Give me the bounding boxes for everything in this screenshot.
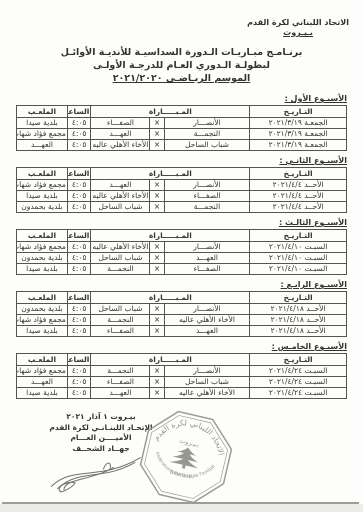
table-row: السبـت ٢٠٢١/٤/١٠ الأنصـــار × الأخاء الأ… <box>17 242 347 253</box>
date-cell: الأحــد ٢٠٢١/٤/٤ <box>250 191 347 202</box>
date-cell: الجمعـة ٢٠٢١/٣/١٩ <box>250 129 347 140</box>
stamp-city-arabic: بـيـروت <box>179 436 200 448</box>
table-row: الأحــد ٢٠٢١/٤/١٨ العهـــد × الصفـــاء ٤… <box>17 326 347 337</box>
vs-cell: × <box>150 242 164 253</box>
document-footer: بيـروت ١ آذار ٢٠٢١ الإتحـاد اللبنـانـي ل… <box>0 408 363 508</box>
venue-header: الملعـب <box>17 230 68 242</box>
home-team-cell: الأنصـــار <box>164 118 250 129</box>
week-label: الأسبـوع الخامـس : <box>15 342 347 351</box>
venue-cell: بلدية صيدا <box>17 388 68 399</box>
venue-cell: بلدية صيدا <box>17 118 68 129</box>
away-team-cell: النجمـــة <box>91 264 150 275</box>
home-team-cell: العهـــد <box>164 326 250 337</box>
away-team-cell: الصفـــاء <box>91 118 150 129</box>
vs-cell: × <box>150 191 164 202</box>
schedule-table-week-3: التـاريـخ المـبـــــاراة الساعة الملعـب … <box>16 229 347 275</box>
venue-header: الملعـب <box>17 292 68 304</box>
away-team-cell: شباب الساحل <box>91 304 150 315</box>
vs-cell: × <box>150 140 164 151</box>
vs-cell: × <box>150 326 164 337</box>
table-header-row: التـاريـخ المـبـــــاراة الساعة الملعـب <box>17 230 347 242</box>
week-label: الأسبـوع الثالـث : <box>15 218 347 227</box>
date-cell: الأحــد ٢٠٢١/٤/١٨ <box>250 315 347 326</box>
table-row: السبـت ٢٠٢١/٤/٢٤ الأنصـــار × النجمـــة … <box>17 366 347 377</box>
date-header: التـاريـخ <box>250 230 347 242</box>
table-row: الجمعـة ٢٠٢١/٣/١٩ النجمـــة × العهـــد ٤… <box>17 129 347 140</box>
table-row: السبـت ٢٠٢١/٤/١٠ العهـــد × شباب الساحل … <box>17 253 347 264</box>
home-team-cell: شباب الساحل <box>164 377 250 388</box>
time-cell: ٤:٠٥ <box>67 304 90 315</box>
week-section-4: الأسبـوع الرابـع : التـاريـخ المـبـــــا… <box>15 280 348 337</box>
away-team-cell: الصفـــاء <box>91 377 150 388</box>
week-section-2: الأسبـوع الثانـي : التـاريـخ المـبـــــا… <box>15 156 348 213</box>
date-cell: السبـت ٢٠٢١/٤/١٠ <box>250 242 347 253</box>
schedule-table-week-4: التـاريـخ المـبـــــاراة الساعة الملعـب … <box>16 291 347 337</box>
stamp-arabic-text: الاتحاد اللبناني لكرة القدم <box>151 411 232 458</box>
signature-icon <box>42 449 150 497</box>
table-row: السبـت ٢٠٢١/٤/٢٤ الأخاء الأهلي عاليه × ا… <box>17 388 347 399</box>
venue-cell: مجمع فؤاد شهاب <box>17 242 68 253</box>
venue-cell: بلدية بحمدون <box>17 202 68 213</box>
schedule-table-week-2: التـاريـخ المـبـــــاراة الساعة الملعـب … <box>16 167 347 213</box>
vs-cell: × <box>150 377 164 388</box>
time-cell: ٤:٠٥ <box>67 202 90 213</box>
home-team-cell: الأنصـــار <box>164 242 250 253</box>
home-team-cell: الصفـــاء <box>164 191 250 202</box>
date-cell: السبـت ٢٠٢١/٤/٢٤ <box>250 377 347 388</box>
date-cell: الأحــد ٢٠٢١/٤/٤ <box>250 180 347 191</box>
time-cell: ٤:٠٥ <box>67 377 90 388</box>
venue-header: الملعـب <box>17 106 68 118</box>
time-header: الساعة <box>67 292 90 304</box>
time-header: الساعة <box>67 230 90 242</box>
venue-cell: مجمع فؤاد شهاب <box>17 129 68 140</box>
away-team-cell: العهـــد <box>91 180 150 191</box>
date-cell: الأحــد ٢٠٢١/٤/٤ <box>250 202 347 213</box>
title-line-1: برنـامـج مبـاريـات الـدورة السداسيـة للأ… <box>0 46 363 59</box>
date-cell: السبـت ٢٠٢١/٤/٢٤ <box>250 366 347 377</box>
time-cell: ٤:٠٥ <box>67 118 90 129</box>
table-row: الأحــد ٢٠٢١/٤/٤ الصفـــاء × الأخاء الأه… <box>17 191 347 202</box>
away-team-cell: الصفـــاء <box>91 326 150 337</box>
home-team-cell: النجمـــة <box>164 129 250 140</box>
schedule-table-week-1: التـاريـخ المـبـــــاراة الساعة الملعـب … <box>16 105 347 151</box>
vs-cell: × <box>150 180 164 191</box>
venue-cell: مجمع فؤاد شهاب <box>17 180 68 191</box>
date-cell: الجمعـة ٢٠٢١/٣/١٩ <box>250 118 347 129</box>
venue-cell: بلدية بحمدون <box>17 304 68 315</box>
table-header-row: التـاريـخ المـبـــــاراة الساعة الملعـب <box>17 354 347 366</box>
home-team-cell: الأنصـــار <box>164 366 250 377</box>
home-team-cell: النجمـــة <box>164 202 250 213</box>
away-team-cell: الأخاء الأهلي عاليه <box>91 191 150 202</box>
svg-text:الاتحاد اللبناني لكرة القدم: الاتحاد اللبناني لكرة القدم <box>151 411 232 458</box>
schedule-table-week-5: التـاريـخ المـبـــــاراة الساعة الملعـب … <box>16 353 347 399</box>
venue-cell: بلدية صيدا <box>17 264 68 275</box>
venue-cell: مجمع فؤاد شهاب <box>17 315 68 326</box>
time-cell: ٤:٠٥ <box>67 388 90 399</box>
match-header: المـبـــــاراة <box>91 292 250 304</box>
org-header: الاتحاد اللبناني لكرة القدم بـيـروت <box>0 0 363 39</box>
week-section-5: الأسبـوع الخامـس : التـاريـخ المـبـــــا… <box>15 342 348 399</box>
date-cell: السبـت ٢٠٢١/٤/٢٤ <box>250 388 347 399</box>
time-cell: ٤:٠٥ <box>67 264 90 275</box>
table-header-row: التـاريـخ المـبـــــاراة الساعة الملعـب <box>17 292 347 304</box>
table-row: الأحــد ٢٠٢١/٤/٤ النجمـــة × شباب الساحل… <box>17 202 347 213</box>
venue-cell: بلدية صيدا <box>17 326 68 337</box>
home-team-cell: الأخاء الأهلي عاليه <box>164 388 250 399</box>
away-team-cell: الأخاء الأهلي عاليه <box>91 140 150 151</box>
title-season: الموسم الريـاضـي ٢٠٢١/٢٠٢٠ <box>0 72 363 85</box>
vs-cell: × <box>150 253 164 264</box>
vs-cell: × <box>150 366 164 377</box>
time-header: الساعة <box>67 106 90 118</box>
scan-edge-strip <box>0 504 363 512</box>
time-header: الساعة <box>67 168 90 180</box>
schedule-weeks: الأسبـوع الأول : التـاريـخ المـبـــــارا… <box>0 85 363 399</box>
venue-cell: العهـــد <box>17 377 68 388</box>
time-cell: ٤:٠٥ <box>67 180 90 191</box>
home-team-cell: الأنصـــار <box>164 180 250 191</box>
match-header: المـبـــــاراة <box>91 168 250 180</box>
week-label: الأسبـوع الثانـي : <box>15 156 347 165</box>
away-team-cell: العهـــد <box>91 388 150 399</box>
home-team-cell: الأنصـــار <box>164 304 250 315</box>
date-cell: السبـت ٢٠٢١/٤/١٠ <box>250 264 347 275</box>
venue-cell: العهـــد <box>17 140 68 151</box>
match-header: المـبـــــاراة <box>91 230 250 242</box>
vs-cell: × <box>150 388 164 399</box>
home-team-cell: الصفـــاء <box>164 264 250 275</box>
home-team-cell: الأخاء الأهلي عاليه <box>164 315 250 326</box>
match-header: المـبـــــاراة <box>91 354 250 366</box>
away-team-cell: النجمـــة <box>91 366 150 377</box>
vs-cell: × <box>150 304 164 315</box>
federation-stamp: الاتحاد اللبناني لكرة القدم بـيـروت Beyr… <box>137 408 235 506</box>
time-cell: ٤:٠٥ <box>67 326 90 337</box>
org-name: الاتحاد اللبناني لكرة القدم <box>247 18 349 27</box>
venue-header: الملعـب <box>17 168 68 180</box>
away-team-cell: شباب الساحل <box>91 202 150 213</box>
vs-cell: × <box>150 118 164 129</box>
time-cell: ٤:٠٥ <box>67 315 90 326</box>
table-row: الأحــد ٢٠٢١/٤/١٨ الأنصـــار × شباب السا… <box>17 304 347 315</box>
date-header: التـاريـخ <box>250 292 347 304</box>
table-row: الجمعـة ٢٠٢١/٣/١٩ الأنصـــار × الصفـــاء… <box>17 118 347 129</box>
time-cell: ٤:٠٥ <box>67 253 90 264</box>
vs-cell: × <box>150 315 164 326</box>
vs-cell: × <box>150 202 164 213</box>
venue-cell: مجمع فؤاد شهاب <box>17 366 68 377</box>
vs-cell: × <box>150 264 164 275</box>
date-header: التـاريـخ <box>250 106 347 118</box>
week-label: الأسبـوع الرابـع : <box>15 280 347 289</box>
table-row: الجمعـة ٢٠٢١/٣/١٩ شباب الساحل × الأخاء ا… <box>17 140 347 151</box>
away-team-cell: النجمـــة <box>91 315 150 326</box>
time-cell: ٤:٠٥ <box>67 129 90 140</box>
time-header: الساعة <box>67 354 90 366</box>
table-row: الأحــد ٢٠٢١/٤/١٨ الأخاء الأهلي عاليه × … <box>17 315 347 326</box>
title-line-2: لبطولـة الـدوري العـام للدرجـة الأولـى <box>0 59 363 72</box>
week-section-1: الأسبـوع الأول : التـاريـخ المـبـــــارا… <box>15 94 348 151</box>
venue-cell: بلدية بحمدون <box>17 253 68 264</box>
home-team-cell: العهـــد <box>164 253 250 264</box>
time-cell: ٤:٠٥ <box>67 191 90 202</box>
time-cell: ٤:٠٥ <box>67 366 90 377</box>
document-title: برنـامـج مبـاريـات الـدورة السداسيـة للأ… <box>0 46 363 85</box>
document-page: الاتحاد اللبناني لكرة القدم بـيـروت برنـ… <box>0 0 363 512</box>
home-team-cell: شباب الساحل <box>164 140 250 151</box>
table-row: السبـت ٢٠٢١/٤/١٠ الصفـــاء × النجمـــة ٤… <box>17 264 347 275</box>
away-team-cell: العهـــد <box>91 129 150 140</box>
date-header: التـاريـخ <box>250 354 347 366</box>
match-header: المـبـــــاراة <box>91 106 250 118</box>
week-label: الأسبـوع الأول : <box>15 94 347 103</box>
venue-cell: بلدية صيدا <box>17 191 68 202</box>
table-row: السبـت ٢٠٢١/٤/٢٤ شباب الساحل × الصفـــاء… <box>17 377 347 388</box>
away-team-cell: الأخاء الأهلي عاليه <box>91 242 150 253</box>
org-city: بـيـروت <box>247 28 349 37</box>
table-header-row: التـاريـخ المـبـــــاراة الساعة الملعـب <box>17 106 347 118</box>
time-cell: ٤:٠٥ <box>67 140 90 151</box>
time-cell: ٤:٠٥ <box>67 242 90 253</box>
table-row: الأحــد ٢٠٢١/٤/٤ الأنصـــار × العهـــد ٤… <box>17 180 347 191</box>
vs-cell: × <box>150 129 164 140</box>
table-header-row: التـاريـخ المـبـــــاراة الساعة الملعـب <box>17 168 347 180</box>
away-team-cell: شباب الساحل <box>91 253 150 264</box>
date-cell: الأحــد ٢٠٢١/٤/١٨ <box>250 304 347 315</box>
venue-header: الملعـب <box>17 354 68 366</box>
date-header: التـاريـخ <box>250 168 347 180</box>
week-section-3: الأسبـوع الثالـث : التـاريـخ المـبـــــا… <box>15 218 348 275</box>
date-cell: الجمعـة ٢٠٢١/٣/١٩ <box>250 140 347 151</box>
date-cell: الأحــد ٢٠٢١/٤/١٨ <box>250 326 347 337</box>
date-cell: السبـت ٢٠٢١/٤/١٠ <box>250 253 347 264</box>
